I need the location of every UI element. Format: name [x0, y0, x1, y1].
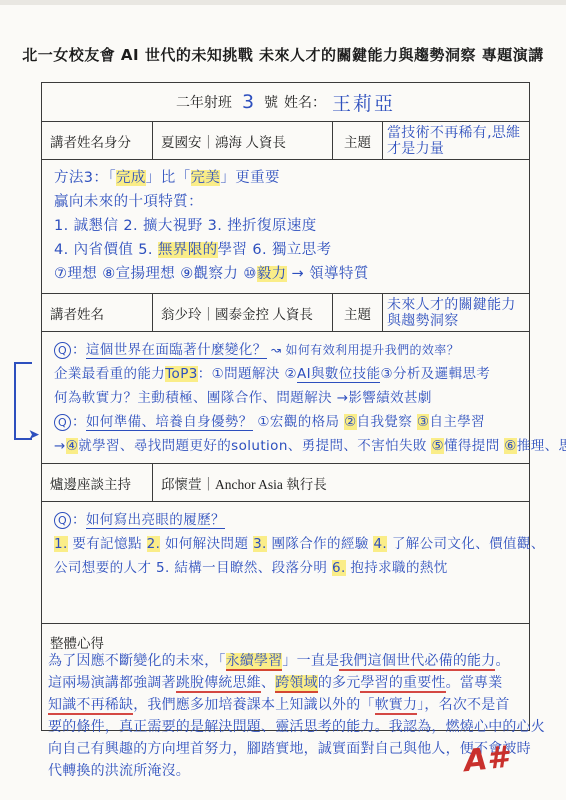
speaker2-topic-label: 主題 — [332, 294, 382, 331]
speaker1-value: 夏國安｜鴻海 人資長 — [152, 122, 332, 159]
speaker2-row: 講者姓名 翁少玲｜國泰金控 人資長 主題 未來人才的關鍵能力與趨勢洞察 — [42, 293, 529, 331]
notes2-row: Q：這個世界在面臨著什麼變化？ ↝ 如何有效利用提升我們的效率？企業最看重的能力… — [42, 331, 529, 463]
notes1-row: 方法3：「完成」比「完美」更重要贏向未來的十項特質：1. 誠懇信 2. 擴大視野… — [42, 159, 529, 293]
host-label: 爐邊座談主持 — [42, 464, 152, 501]
margin-arrow-icon: ➤ — [28, 426, 40, 443]
seat-suffix: 號 — [264, 92, 278, 112]
speaker2-label: 講者姓名 — [42, 294, 152, 331]
page-title: 北一女校友會 AI 世代的未知挑戰 未來人才的關鍵能力與趨勢洞察 專題演講 — [0, 44, 566, 65]
notes-speaker1: 方法3：「完成」比「完美」更重要贏向未來的十項特質：1. 誠懇信 2. 擴大視野… — [42, 160, 529, 286]
reflection-label: 整體心得 — [50, 632, 104, 652]
speaker1-topic-label: 主題 — [332, 122, 382, 159]
grade-mark: A# — [462, 740, 510, 779]
reflection-row: 整體心得 為了因應不斷變化的未來，「永續學習」一直是我們這個世代必備的能力。這兩… — [42, 623, 529, 730]
speaker1-label: 講者姓名身分 — [42, 122, 152, 159]
notes3-row: Q：如何寫出亮眼的履歷？1. 要有記憶點 2. 如何解決問題 3. 團隊合作的經… — [42, 501, 529, 623]
notes-resume: Q：如何寫出亮眼的履歷？1. 要有記憶點 2. 如何解決問題 3. 團隊合作的經… — [42, 502, 529, 580]
speaker1-topic: 當技術不再稀有,思維才是力量 — [382, 122, 529, 159]
speaker2-value: 翁少玲｜國泰金控 人資長 — [152, 294, 332, 331]
student-info-row: 二年射班 3 號 姓名： 王莉亞 — [42, 83, 529, 121]
notes-speaker2: Q：這個世界在面臨著什麼變化？ ↝ 如何有效利用提升我們的效率？企業最看重的能力… — [42, 332, 529, 458]
name-label: 姓名： — [284, 92, 326, 112]
scan-edge — [0, 0, 566, 5]
student-name: 王莉亞 — [332, 89, 395, 116]
host-value: 邱懷萱｜Anchor Asia 執行長 — [152, 464, 529, 501]
seat-number: 3 — [238, 91, 258, 113]
reflection-text: 為了因應不斷變化的未來，「永續學習」一直是我們這個世代必備的能力。這兩場演講都強… — [42, 650, 529, 782]
speaker1-row: 講者姓名身分 夏國安｜鴻海 人資長 主題 當技術不再稀有,思維才是力量 — [42, 121, 529, 159]
worksheet-table: 二年射班 3 號 姓名： 王莉亞 講者姓名身分 夏國安｜鴻海 人資長 主題 當技… — [41, 82, 530, 731]
scanned-worksheet: 北一女校友會 AI 世代的未知挑戰 未來人才的關鍵能力與趨勢洞察 專題演講 二年… — [0, 0, 566, 800]
class-label: 二年射班 — [176, 92, 232, 112]
speaker2-topic: 未來人才的關鍵能力與趨勢洞察 — [382, 294, 529, 331]
host-row: 爐邊座談主持 邱懷萱｜Anchor Asia 執行長 — [42, 463, 529, 501]
